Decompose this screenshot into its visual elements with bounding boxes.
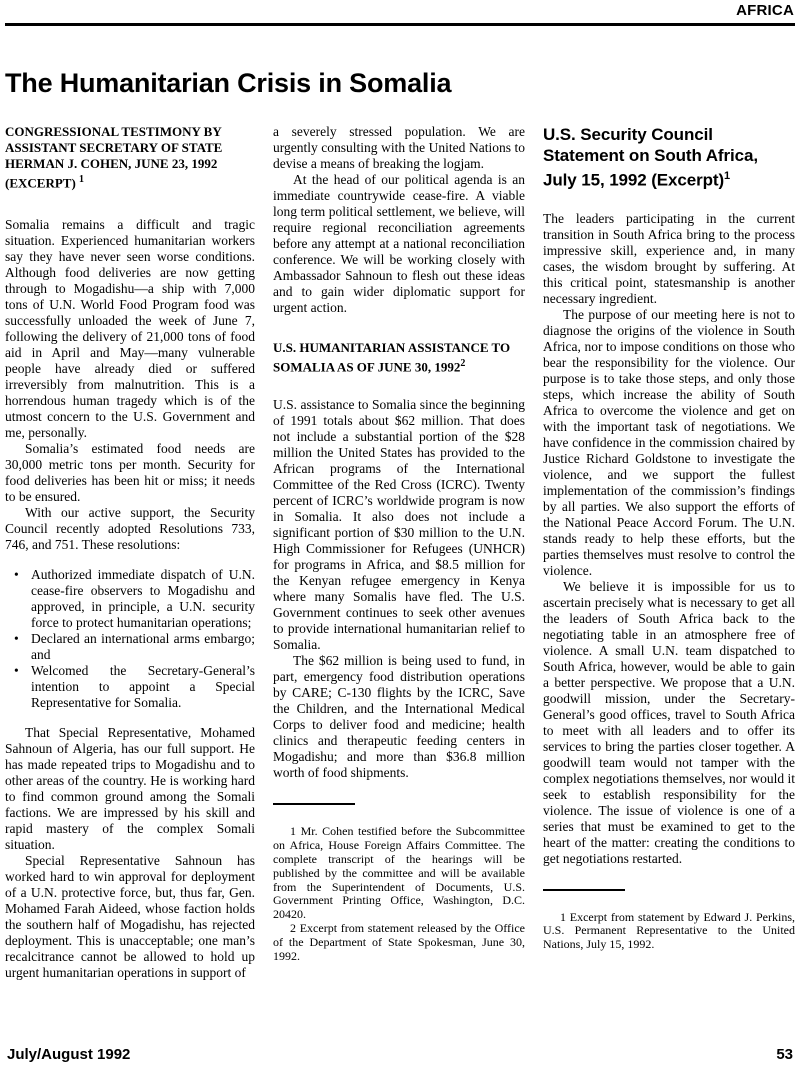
paragraph: The $62 million is being used to fund, i… — [273, 653, 525, 781]
footnote: 1 Mr. Cohen testified before the Subcomm… — [273, 825, 525, 922]
south-africa-heading-footnote-ref: 1 — [724, 170, 730, 182]
footnote-block: 1 Mr. Cohen testified before the Subcomm… — [273, 803, 525, 963]
paragraph: a severely stressed population. We are u… — [273, 124, 525, 172]
page-title: The Humanitarian Crisis in Somalia — [5, 68, 795, 98]
paragraph: We believe it is impossible for us to as… — [543, 579, 795, 867]
bullet-text: Authorized immediate dispatch of U.N. ce… — [31, 567, 255, 631]
bullet-item: • Declared an international arms embargo… — [5, 631, 255, 663]
paragraph: The leaders participating in the current… — [543, 211, 795, 307]
assistance-heading-footnote-ref: 2 — [460, 358, 465, 369]
column-3: U.S. Security Council Statement on South… — [543, 124, 795, 981]
paragraph: Somalia remains a difficult and tragic s… — [5, 217, 255, 441]
footnote-rule — [273, 803, 355, 805]
header-rule — [5, 23, 795, 26]
testimony-heading-footnote-ref: 1 — [79, 174, 84, 185]
page: AFRICA The Humanitarian Crisis in Somali… — [0, 0, 800, 1069]
paragraph: Special Representative Sahnoun has worke… — [5, 853, 255, 981]
bullet-icon: • — [5, 663, 31, 711]
paragraph: U.S. assistance to Somalia since the beg… — [273, 397, 525, 653]
bullet-item: • Authorized immediate dispatch of U.N. … — [5, 567, 255, 631]
footnote: 1 Excerpt from statement by Edward J. Pe… — [543, 911, 795, 952]
paragraph: At the head of our political agenda is a… — [273, 172, 525, 316]
paragraph: Somalia’s estimated food needs are 30,00… — [5, 441, 255, 505]
paragraph: That Special Representative, Mohamed Sah… — [5, 725, 255, 853]
assistance-heading: U.S. HUMANITARIAN ASSISTANCE TO SOMALIA … — [273, 340, 525, 375]
columns: CONGRESSIONAL TESTIMONY BY ASSISTANT SEC… — [5, 124, 795, 981]
bullet-item: • Welcomed the Secretary-General’s inten… — [5, 663, 255, 711]
south-africa-heading: U.S. Security Council Statement on South… — [543, 124, 795, 191]
footer-page-number: 53 — [776, 1046, 793, 1063]
bullet-icon: • — [5, 567, 31, 631]
column-1: CONGRESSIONAL TESTIMONY BY ASSISTANT SEC… — [5, 124, 255, 981]
bullet-text: Welcomed the Secretary-General’s intenti… — [31, 663, 255, 711]
testimony-heading-text: CONGRESSIONAL TESTIMONY BY ASSISTANT SEC… — [5, 124, 222, 190]
paragraph: With our active support, the Security Co… — [5, 505, 255, 553]
paragraph: The purpose of our meeting here is not t… — [543, 307, 795, 579]
bullet-icon: • — [5, 631, 31, 663]
resolutions-bullet-list: • Authorized immediate dispatch of U.N. … — [5, 567, 255, 711]
footer: July/August 1992 53 — [7, 1046, 793, 1063]
header-section-label: AFRICA — [5, 2, 795, 19]
testimony-heading: CONGRESSIONAL TESTIMONY BY ASSISTANT SEC… — [5, 124, 255, 191]
footer-issue: July/August 1992 — [7, 1046, 130, 1063]
column-2: a severely stressed population. We are u… — [273, 124, 525, 981]
assistance-heading-text: U.S. HUMANITARIAN ASSISTANCE TO SOMALIA … — [273, 340, 510, 374]
bullet-text: Declared an international arms embargo; … — [31, 631, 255, 663]
footnote-rule — [543, 889, 625, 891]
footnote-block: 1 Excerpt from statement by Edward J. Pe… — [543, 889, 795, 952]
footnote: 2 Excerpt from statement released by the… — [273, 922, 525, 963]
